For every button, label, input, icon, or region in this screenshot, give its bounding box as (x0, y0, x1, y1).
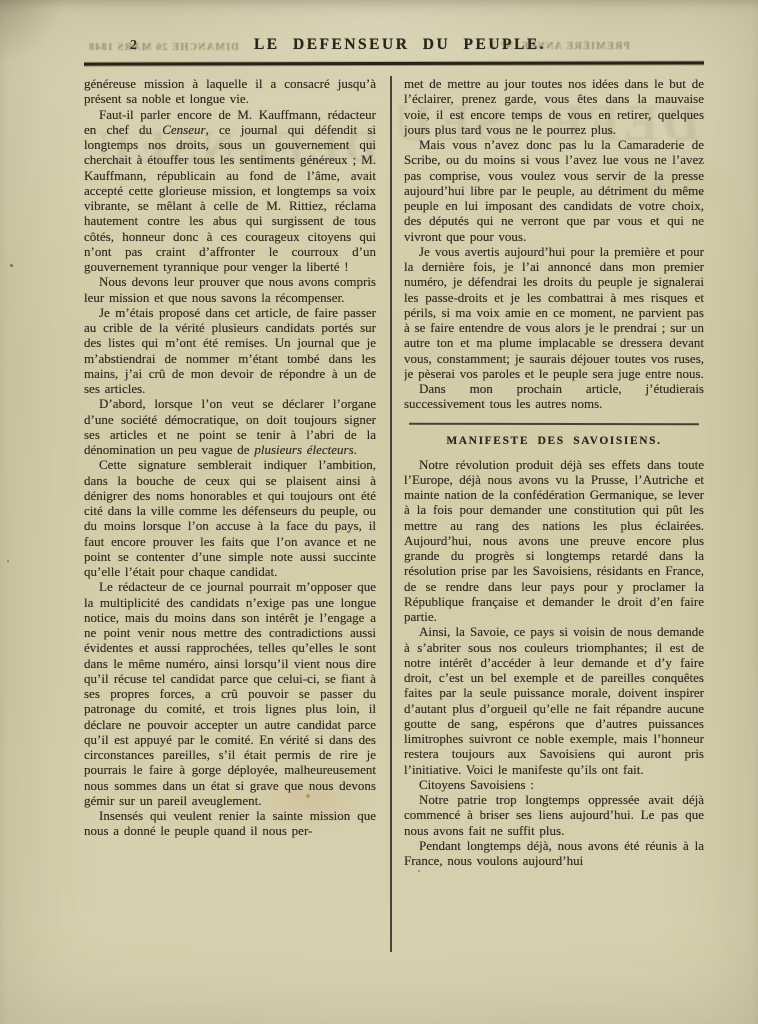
paragraph: Mais vous n’avez donc pas lu la Camarade… (404, 137, 704, 244)
paragraph: Insensés qui veulent renier la sainte mi… (84, 808, 376, 839)
column-divider (390, 76, 392, 952)
header-rule (84, 61, 704, 65)
scan-speck (7, 560, 9, 562)
article-columns: généreuse mission à laquelle il a consac… (84, 76, 704, 952)
paragraph: Nous devons leur prouver que nous avons … (84, 274, 376, 305)
paragraph: Pendant longtemps déjà, nous avons été r… (404, 838, 704, 869)
paragraph: Citoyens Savoisiens : (404, 777, 704, 792)
scan-speck (10, 264, 13, 267)
newspaper-page: DIMANCHE 26 MARS 1848 PREMIÈRE ANNÉE. N°… (0, 0, 758, 1024)
section-heading: MANIFESTE DES SAVOISIENS. (404, 435, 704, 447)
paragraph: Notre révolution produit déjà ses effets… (404, 457, 704, 625)
right-column: met de mettre au jour toutes nos idées d… (404, 76, 704, 952)
paragraph: Le rédacteur de ce journal pourrait m’op… (84, 579, 376, 808)
paragraph: Faut-il parler encore de M. Kauffmann, r… (84, 107, 376, 275)
paragraph: Dans mon prochain article, j’étudierais … (404, 381, 704, 412)
paragraph: généreuse mission à laquelle il a consac… (84, 76, 376, 107)
paragraph: met de mettre au jour toutes nos idées d… (404, 76, 704, 137)
left-column: généreuse mission à laquelle il a consac… (84, 76, 376, 952)
paragraph: Je vous avertis aujourd’hui pour la prem… (404, 244, 704, 381)
section-divider (409, 422, 699, 425)
paragraph: Ainsi, la Savoie, ce pays si voisin de n… (404, 624, 704, 777)
paragraph: Notre patrie trop longtemps oppressée av… (404, 792, 704, 838)
paragraph: Je m’étais proposé dans cet article, de … (84, 305, 376, 397)
paragraph: D’abord, lorsque l’on veut se déclarer l… (84, 396, 376, 457)
paragraph: Cette signature semblerait indiquer l’am… (84, 457, 376, 579)
newspaper-title: LE DEFENSEUR DU PEUPLE. (0, 36, 758, 54)
